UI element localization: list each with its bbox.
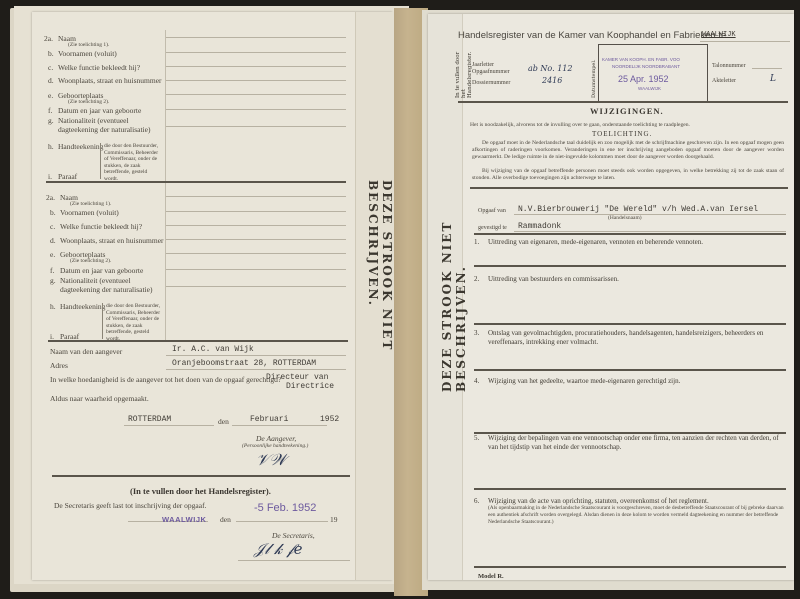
field-key: e.	[50, 250, 55, 259]
field-line	[514, 214, 786, 215]
akte-label: Akteletter	[712, 78, 736, 84]
column-divider	[165, 30, 166, 340]
field-line	[124, 425, 214, 426]
gevestigd-value: Rammadonk	[518, 222, 561, 231]
section-6-text: Wijziging van de acte van oprichting, st…	[488, 497, 709, 505]
field-line	[232, 425, 327, 426]
field-note: (Zie toelichting 1).	[70, 201, 111, 207]
field-label: Welke functie bekleedt hij?	[58, 63, 140, 72]
footer-separator	[474, 566, 786, 568]
date-stamp: -5 Feb. 1952	[254, 502, 316, 514]
field-line	[166, 94, 346, 95]
field-label: Woonplaats, straat en huisnummer	[58, 76, 162, 85]
field-line	[166, 66, 346, 67]
signer-note: (Persoonlijke handteekening.)	[242, 443, 308, 449]
field-line	[166, 286, 346, 287]
declarant-capacity-label: In welke hoedanigheid is de aangever tot…	[50, 375, 281, 384]
section-2-number: 2.	[474, 275, 479, 283]
section-6-number: 6.	[474, 497, 479, 505]
den-label: den	[218, 417, 229, 426]
section-4-number: 4.	[474, 377, 479, 385]
field-key: f.	[50, 266, 54, 275]
field-key: i.	[48, 172, 52, 181]
year-value: 1952	[320, 415, 339, 424]
toelichting-heading: TOELICHTING.	[592, 130, 652, 138]
secretary-signature: 𝒥𝓁 𝓀 𝒻𝑒	[254, 540, 302, 558]
section-4-text: Wijziging van het gedeelte, waartoe mede…	[488, 377, 680, 385]
bracket	[100, 143, 101, 179]
form-title: WIJZIGINGEN.	[590, 106, 664, 116]
field-label: Nationaliteit (eventueel dagteekening de…	[58, 116, 158, 134]
jaarletter-label: Jaarletter	[472, 62, 494, 68]
field-key: h.	[48, 142, 54, 151]
field-note: (Zie toelichting 2).	[70, 258, 111, 264]
field-note: (Zie toelichting 1).	[68, 42, 109, 48]
declarant-address-value: Oranjeboomstraat 28, ROTTERDAM	[172, 359, 316, 368]
field-line	[166, 211, 346, 212]
section-separator	[474, 265, 786, 267]
section-1-number: 1.	[474, 238, 479, 246]
field-label: Datum en jaar van geboorte	[58, 106, 141, 115]
registry-heading: (In te vullen door het Handelsregister).	[130, 486, 271, 496]
block-separator	[48, 340, 348, 342]
opgaaf-value: ab No. 112	[528, 64, 572, 73]
field-label: Handteekening	[58, 142, 103, 151]
field-line	[166, 269, 346, 270]
section-3-text: Ontslag van gevolmachtigden, procuratieh…	[488, 329, 786, 347]
field-key: 2a.	[46, 193, 55, 202]
field-label: Welke functie bekleedt hij?	[60, 222, 142, 231]
stamp-place: WAALWIJK	[638, 86, 661, 91]
field-line	[752, 68, 782, 69]
signer-title: De Aangever,	[256, 434, 296, 443]
dossiernummer-label: Dossiernummer	[472, 80, 510, 86]
field-line	[166, 225, 346, 226]
signature-note: die door den Bestuurder, Commissaris, Be…	[104, 143, 159, 182]
declarant-signature: 𝒱𝒲	[256, 450, 286, 470]
field-key: d.	[50, 236, 56, 245]
section-separator	[474, 369, 786, 371]
declarant-address-label: Adres	[50, 361, 68, 370]
header-separator	[458, 101, 788, 103]
field-label: Datum en jaar van geboorte	[60, 266, 143, 275]
field-label: Woonplaats, straat en huisnummer	[60, 236, 164, 245]
field-line	[166, 37, 346, 38]
talon-label: Talonnummer	[712, 63, 746, 69]
declarant-capacity-value-2: Directrice	[286, 382, 334, 391]
registry-instruction: De Secretaris geeft last tot inschrijvin…	[54, 501, 206, 510]
section-separator	[474, 323, 786, 325]
field-line	[238, 560, 350, 561]
field-key: g.	[50, 276, 56, 285]
declarant-name-label: Naam van den aangever	[50, 347, 122, 356]
opgaaf-label: Opgaaf van	[478, 208, 506, 214]
field-line	[166, 126, 346, 127]
block-separator	[52, 475, 350, 477]
declarant-capacity-value-1: Directeur van	[266, 373, 328, 382]
field-line	[166, 196, 346, 197]
declarant-name-value: Ir. A.C. van Wijk	[172, 345, 254, 354]
stamp-date: 25 Apr. 1952	[618, 74, 669, 84]
field-note: (Zie toelichting 2).	[68, 99, 109, 105]
date-stamp-box	[598, 44, 708, 102]
month-value: Februari	[250, 415, 288, 424]
model-label: Model R.	[478, 573, 504, 580]
field-label: Nationaliteit (eventueel dagteekening de…	[60, 276, 160, 294]
left-strip-text: DEZE STROOK NIET BESCHRIJVEN.	[366, 180, 394, 390]
secretary-title: De Secretaris,	[272, 531, 315, 540]
header-side-label: In te vullen door het Handelsregister.	[455, 48, 473, 98]
field-key: e.	[48, 91, 53, 100]
field-label: Voornamen (voluit)	[60, 208, 119, 217]
field-key: g.	[48, 116, 54, 125]
section-separator	[474, 488, 786, 490]
field-key: 2a.	[44, 34, 53, 43]
field-key: b.	[48, 49, 54, 58]
section-3-number: 3.	[474, 329, 479, 337]
section-5-number: 5.	[474, 434, 479, 442]
section-2-text: Uittreding van bestuurders en commissari…	[488, 275, 619, 283]
field-line	[166, 369, 346, 370]
field-key: c.	[48, 63, 53, 72]
stamp-line-2: NOORDELIJK NOORDBRABANT	[612, 64, 680, 69]
section-5-text: Wijziging der bepalingen van ene vennoot…	[488, 434, 786, 452]
field-key: h.	[50, 302, 56, 311]
section-separator	[474, 233, 786, 235]
stamp-line-1: KAMER VAN KOOPH. EN FABR. VOO	[602, 57, 680, 62]
datumstempel-label: Datumstempel.	[591, 50, 597, 98]
field-line	[166, 239, 346, 240]
intro-text: Het is noodzakelijk, alvorens tot de inv…	[470, 122, 690, 129]
toelichting-separator	[470, 187, 788, 189]
toelichting-paragraph-2: Bij wijziging van de opgaaf betreffende …	[472, 168, 784, 182]
header-title: Handelsregister van de Kamer van Koophan…	[458, 30, 726, 41]
field-key: d.	[48, 76, 54, 85]
field-line	[514, 231, 786, 232]
field-label: Voornamen (voluit)	[58, 49, 117, 58]
place-stamp: WAALWIJK	[162, 515, 206, 524]
section-6-note: (Als openbaarmaking in de Nederlandsche …	[488, 505, 786, 526]
field-key: c.	[50, 222, 55, 231]
signature-note: die door den Bestuurder, Commissaris, Be…	[106, 303, 161, 342]
handelsnaam-label: (Handelsnaam)	[608, 215, 642, 221]
bracket	[102, 303, 103, 339]
opgaafnummer-label: Opgaafnummer	[472, 69, 510, 75]
field-line	[236, 521, 328, 522]
field-key: b.	[50, 208, 56, 217]
section-1-text: Uittreding van eigenaren, mede-eigenaren…	[488, 238, 703, 246]
dossier-value: 2416	[542, 76, 562, 85]
field-key: f.	[48, 106, 52, 115]
place-value: ROTTERDAM	[128, 415, 171, 424]
truth-statement: Aldus naar waarheid opgemaakt.	[50, 394, 149, 403]
year-prefix: 19	[330, 515, 338, 524]
opgaaf-firm: N.V.Bierbrouwerij "De Wereld" v/h Wed.A.…	[518, 205, 758, 214]
akte-value: L	[770, 74, 776, 84]
right-strip-text: DEZE STROOK NIET BESCHRIJVEN.	[440, 182, 468, 392]
block-separator	[46, 181, 346, 183]
field-line	[166, 355, 346, 356]
field-line	[166, 109, 346, 110]
field-line	[166, 253, 346, 254]
header-place: WAALWIJK	[702, 31, 736, 39]
field-line	[166, 80, 346, 81]
gevestigd-label: gevestigd te	[478, 225, 507, 231]
field-line	[166, 52, 346, 53]
field-label: Handteekening	[60, 302, 105, 311]
toelichting-paragraph-1: De opgaaf moet in de Nederlandsche taal …	[472, 140, 784, 161]
field-label: Paraaf	[58, 172, 77, 181]
field-line	[700, 41, 790, 42]
den-label: den	[220, 515, 231, 524]
